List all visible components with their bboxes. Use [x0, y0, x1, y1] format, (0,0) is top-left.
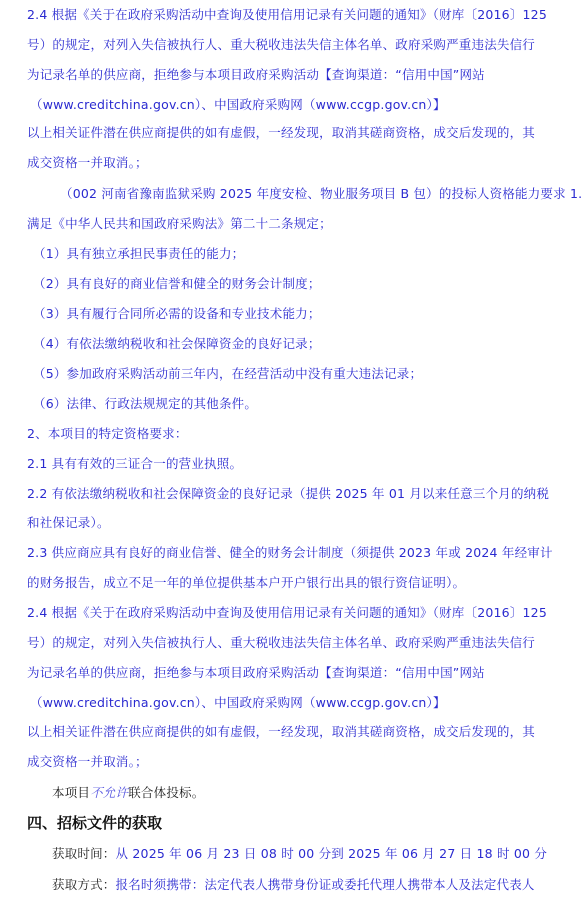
requirement-item-6: （6）法律、行政法规规定的其他条件。 — [33, 396, 257, 412]
false-cert-2-line-1: 以上相关证件潜在供应商提供的如有虚假，一经发现，取消其磋商资格，成交后发现的，其 — [27, 724, 535, 740]
specific-req-2-3-line-2: 的财务报告，成立不足一年的单位提供基本户开户银行出具的银行资信证明）。 — [27, 575, 465, 591]
consortium-value: 不允许 — [90, 785, 128, 800]
acquisition-method-value: 报名时须携带：法定代表人携带身份证或委托代理人携带本人及法定代表人 — [116, 877, 535, 892]
credit-notice-line-3: 为记录名单的供应商，拒绝参与本项目政府采购活动【查询渠道：“信用中国”网站 — [27, 67, 485, 83]
package-b-line-2: 满足《中华人民共和国政府采购法》第二十二条规定； — [27, 216, 332, 232]
acquisition-method: 获取方式：报名时须携带：法定代表人携带身份证或委托代理人携带本人及法定代表人 — [52, 877, 535, 893]
acquisition-time: 获取时间：从 2025 年 06 月 23 日 08 时 00 分到 2025 … — [52, 846, 547, 862]
false-cert-line-2: 成交资格一并取消。； — [27, 155, 148, 171]
false-cert-2-line-2: 成交资格一并取消。； — [27, 754, 148, 770]
requirement-item-1: （1）具有独立承担民事责任的能力； — [33, 246, 244, 262]
credit-notice-2-line-4: （www.creditchina.gov.cn）、中国政府采购网（www.ccg… — [30, 695, 446, 711]
credit-notice-line-2: 号）的规定，对列入失信被执行人、重大税收违法失信主体名单、政府采购严重违法失信行 — [27, 37, 535, 53]
consortium-statement: 本项目不允许联合体投标。 — [52, 785, 204, 801]
requirement-item-4: （4）有依法缴纳税收和社会保障资金的良好记录； — [33, 336, 321, 352]
credit-notice-2-line-3: 为记录名单的供应商，拒绝参与本项目政府采购活动【查询渠道：“信用中国”网站 — [27, 665, 485, 681]
requirement-item-5: （5）参加政府采购活动前三年内，在经营活动中没有重大违法记录； — [33, 366, 422, 382]
specific-req-2-3-line-1: 2.3 供应商应具有良好的商业信誉、健全的财务会计制度（须提供 2023 年或 … — [27, 545, 553, 561]
specific-req-2-2-line-2: 和社保记录）。 — [27, 515, 110, 531]
credit-notice-line-1: 2.4 根据《关于在政府采购活动中查询及使用信用记录有关问题的通知》（财库〔20… — [27, 7, 547, 23]
package-b-line-1: （002 河南省豫南监狱采购 2025 年度安检、物业服务项目 B 包）的投标人… — [60, 186, 582, 202]
specific-requirements-title: 2、本项目的特定资格要求： — [27, 426, 188, 442]
section-4-heading: 四、招标文件的获取 — [27, 814, 162, 832]
acquisition-method-label: 获取方式： — [52, 877, 116, 892]
consortium-prefix: 本项目 — [52, 785, 90, 800]
acquisition-time-value: 从 2025 年 06 月 23 日 08 时 00 分到 2025 年 06 … — [116, 846, 548, 861]
credit-notice-2-line-1: 2.4 根据《关于在政府采购活动中查询及使用信用记录有关问题的通知》（财库〔20… — [27, 605, 547, 621]
requirement-item-3: （3）具有履行合同所必需的设备和专业技术能力； — [33, 306, 321, 322]
credit-notice-2-line-2: 号）的规定，对列入失信被执行人、重大税收违法失信主体名单、政府采购严重违法失信行 — [27, 635, 535, 651]
specific-req-2-1: 2.1 具有有效的三证合一的营业执照。 — [27, 456, 242, 472]
specific-req-2-2-line-1: 2.2 有依法缴纳税收和社会保障资金的良好记录（提供 2025 年 01 月以来… — [27, 486, 549, 502]
false-cert-line-1: 以上相关证件潜在供应商提供的如有虚假，一经发现，取消其磋商资格，成交后发现的，其 — [27, 125, 535, 141]
consortium-suffix: 联合体投标。 — [128, 785, 204, 800]
requirement-item-2: （2）具有良好的商业信誉和健全的财务会计制度； — [33, 276, 321, 292]
acquisition-time-label: 获取时间： — [52, 846, 116, 861]
credit-notice-line-4: （www.creditchina.gov.cn）、中国政府采购网（www.ccg… — [30, 97, 446, 113]
